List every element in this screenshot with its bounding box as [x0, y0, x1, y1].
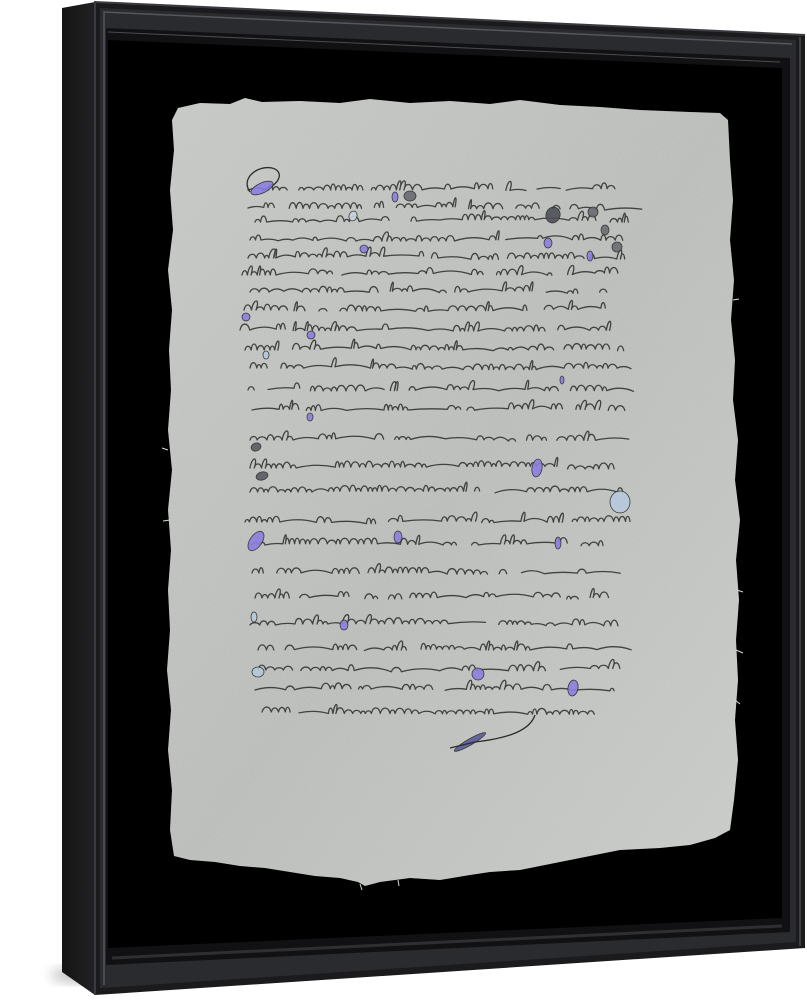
ink-accent-dot: [404, 191, 416, 201]
ink-accent-dot: [392, 192, 398, 202]
ink-accent-dot: [587, 251, 593, 261]
framed-artwork: [0, 0, 807, 1000]
ink-accent-dot: [307, 331, 315, 339]
ink-accent-dot: [307, 413, 313, 421]
ink-accent-dot: [601, 225, 609, 235]
ink-accent-dot: [251, 612, 257, 622]
ink-accent-dot: [263, 351, 269, 359]
ink-accent-dot: [610, 491, 630, 513]
ink-accent-dot: [360, 245, 368, 253]
ink-accent-dot: [612, 242, 622, 252]
ink-accent-dot: [242, 313, 250, 321]
handmade-paper: [167, 98, 740, 886]
ink-accent-dot: [560, 376, 564, 384]
ink-accent-dot: [394, 531, 402, 543]
ink-accent-dot: [544, 238, 552, 248]
ink-accent-dot: [555, 537, 561, 549]
ink-accent-dot: [252, 667, 264, 677]
ink-accent-dot: [340, 620, 348, 630]
artwork-scene: Asemic writing on handmade paper in blac…: [0, 0, 807, 1000]
ink-accent-dot: [588, 207, 598, 217]
frame-side: [62, 2, 95, 995]
ink-accent-dot: [472, 668, 484, 680]
